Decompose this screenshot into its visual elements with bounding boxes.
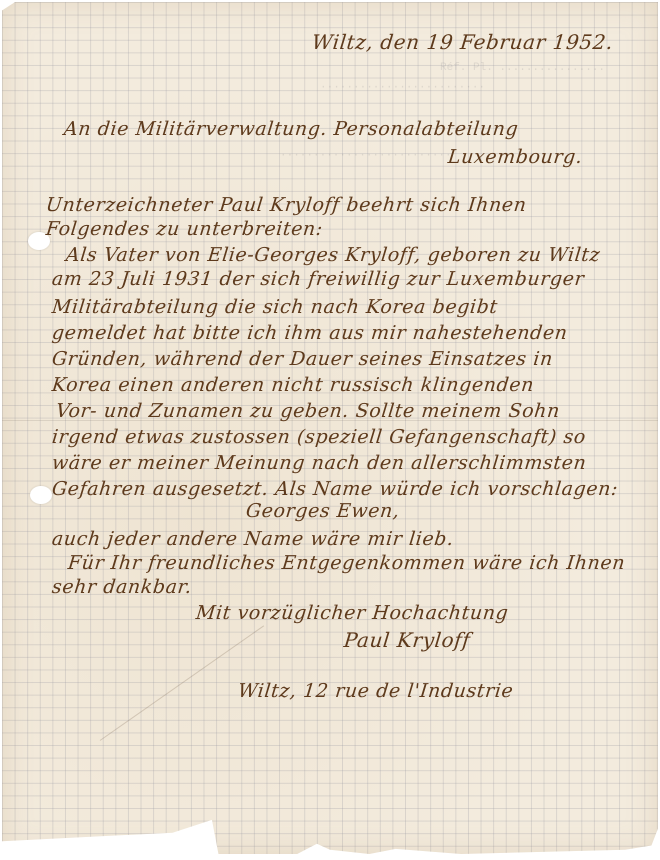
closing: Mit vorzüglicher Hochachtung xyxy=(195,602,510,624)
show-through-text: ·························· xyxy=(280,150,452,162)
sender-address: Wiltz, 12 rue de l'Industrie xyxy=(237,680,515,702)
body-line: Militärabteilung die sich nach Korea beg… xyxy=(51,296,499,318)
body-line: Als Vater von Elie-Georges Kryloff, gebo… xyxy=(65,244,602,266)
proposed-name: Georges Ewen, xyxy=(245,500,401,522)
body-line: wäre er meiner Meinung nach den allersch… xyxy=(51,452,588,474)
body-line: Für Ihr freundliches Entgegenkommen wäre… xyxy=(67,552,626,574)
recipient-line-2: Luxembourg. xyxy=(447,146,584,168)
body-line: Vor- und Zunamen zu geben. Sollte meinem… xyxy=(55,400,561,422)
body-line: Folgendes zu unterbreiten: xyxy=(45,218,324,240)
body-line: Unterzeichneter Paul Kryloff beehrt sich… xyxy=(45,194,528,216)
body-line: sehr dankbar. xyxy=(51,576,193,598)
recipient-line-1: An die Militärverwaltung. Personalabteil… xyxy=(63,118,520,140)
body-line: irgend etwas zustossen (speziell Gefange… xyxy=(51,426,587,448)
signature: Paul Kryloff xyxy=(343,628,472,652)
show-through-text: ························· xyxy=(320,82,485,94)
body-line: Gründen, während der Dauer seines Einsat… xyxy=(51,348,554,370)
punch-hole-bottom xyxy=(30,486,52,504)
body-line: auch jeder andere Name wäre mir lieb. xyxy=(51,528,455,550)
body-line: am 23 Juli 1931 der sich freiwillig zur … xyxy=(51,268,586,290)
body-line: gemeldet hat bitte ich ihm aus mir nahes… xyxy=(51,322,569,344)
body-line: Korea einen anderen nicht russisch kling… xyxy=(51,374,535,396)
body-line: Gefahren ausgesetzt. Als Name würde ich … xyxy=(51,478,619,500)
date-line: Wiltz, den 19 Februar 1952. xyxy=(311,30,615,54)
show-through-text: Réf. Pl. ................ xyxy=(440,62,605,74)
